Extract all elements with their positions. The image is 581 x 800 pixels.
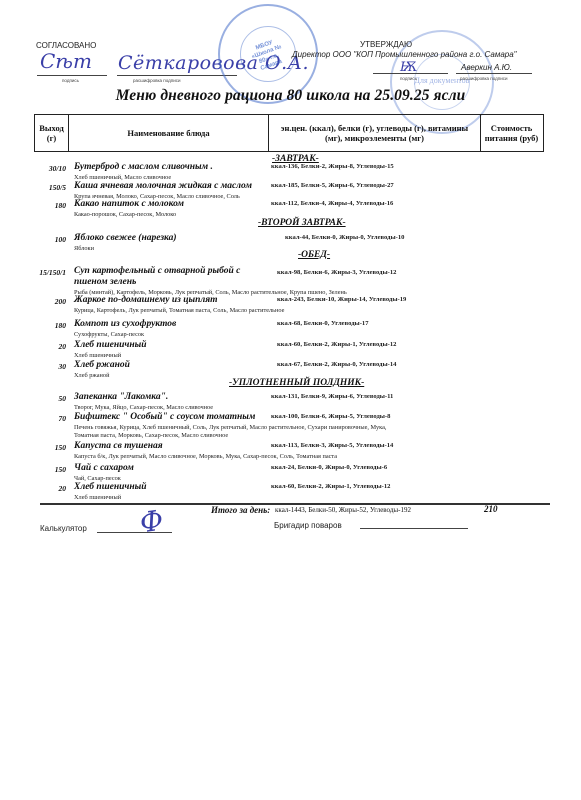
item-nutrition: ккал-131, Белки-9, Жиры-6, Углеводы-11: [271, 393, 393, 400]
item-dish-name: Запеканка "Лакомка".: [74, 392, 168, 402]
item-nutrition: ккал-44, Белки-0, Жиры-0, Углеводы-10: [285, 234, 404, 241]
item-ingredients: Хлеб пшеничный: [74, 494, 121, 501]
item-dish-name: Компот из сухофруктов: [74, 319, 176, 329]
item-weight: 30/10: [34, 164, 66, 173]
total-label: Итого за день:: [211, 505, 270, 515]
item-nutrition: ккал-24, Белки-0, Жиры-0, Углеводы-6: [271, 464, 387, 471]
item-dish-name: Чай с сахаром: [74, 463, 134, 473]
total-nutrition: ккал-1443, Белки-50, Жиры-52, Углеводы-1…: [275, 506, 411, 514]
item-nutrition: ккал-98, Белки-6, Жиры-3, Углеводы-12: [277, 269, 396, 276]
item-dish-name: Жаркое по-домашнему из цыплят: [74, 295, 218, 305]
header-dish-name: Наименование блюда: [69, 115, 269, 151]
left-signature: Сѣт: [40, 49, 92, 73]
item-nutrition: ккал-243, Белки-10, Жиры-14, Углеводы-19: [277, 296, 406, 303]
page-title: Меню дневного рациона 80 школа на 25.09.…: [0, 87, 581, 105]
item-dish-name: Каша ячневая молочная жидкая с маслом: [74, 181, 252, 191]
item-ingredients: Капуста б/к, Лук репчатый, Масло сливочн…: [74, 453, 337, 460]
item-ingredients: Яблоки: [74, 245, 94, 252]
item-ingredients: Хлеб пшеничный: [74, 352, 121, 359]
calculator-label: Калькулятор: [40, 524, 87, 533]
item-dish-name: Суп картофельный с отварной рыбой с: [74, 266, 240, 276]
item-dish-name: Хлеб пшеничный: [74, 482, 147, 492]
item-weight: 180: [34, 321, 66, 330]
left-name-caption: расшифровка подписи: [133, 78, 180, 83]
item-ingredients: Хлеб пшеничный, Масло сливочное: [74, 174, 171, 181]
item-ingredients-line2: Томатная паста, Морковь, Сахар-песок, Ма…: [74, 432, 228, 439]
calculator-signature: Ф: [138, 504, 166, 540]
table-header: Выход (г) Наименование блюда эн.цен. (кк…: [34, 114, 544, 152]
item-nutrition: ккал-68, Белки-0, Углеводы-17: [277, 320, 369, 327]
header-nutrition: эн.цен. (ккал), белки (г), углеводы (г),…: [269, 115, 481, 151]
approval-right-label: УТВЕРЖДАЮ: [360, 40, 412, 49]
item-dish-name: Яблоко свежее (нарезка): [74, 233, 177, 243]
item-nutrition: ккал-185, Белки-5, Жиры-6, Углеводы-27: [271, 182, 394, 189]
section-heading: -ВТОРОЙ ЗАВТРАК-: [258, 218, 346, 228]
item-weight: 150: [34, 443, 66, 452]
item-dish-name: Хлеб ржаной: [74, 360, 130, 370]
item-weight: 100: [34, 235, 66, 244]
section-heading: -УПЛОТНЕННЫЙ ПОЛДНИК-: [229, 378, 364, 388]
left-signature-caption: подпись: [62, 78, 79, 83]
approval-right-name: Аверкин А.Ю.: [461, 63, 512, 72]
item-nutrition: ккал-112, Белки-4, Жиры-4, Углеводы-16: [271, 200, 393, 207]
approval-right-position: Директор ООО "КОП Промышленного района г…: [292, 50, 517, 59]
item-weight: 20: [34, 484, 66, 493]
item-dish-name: Какао напиток с молоком: [74, 199, 184, 209]
item-ingredients: Хлеб ржаной: [74, 372, 109, 379]
item-weight: 180: [34, 201, 66, 210]
total-divider: [40, 503, 550, 505]
item-nutrition: ккал-113, Белки-3, Жиры-5, Углеводы-14: [271, 442, 393, 449]
item-ingredients: Печень говяжья, Курица, Хлеб пшеничный, …: [74, 424, 386, 431]
header-weight: Выход (г): [35, 115, 69, 151]
item-weight: 150/5: [34, 183, 66, 192]
item-weight: 200: [34, 297, 66, 306]
item-dish-name: Бифштекс " Особый" с соусом томатным: [74, 412, 255, 422]
item-weight: 50: [34, 394, 66, 403]
header-cost: Стоимость питания (руб): [481, 115, 542, 151]
item-nutrition: ккал-67, Белки-2, Жиры-0, Углеводы-14: [277, 361, 396, 368]
item-weight: 15/150/1: [34, 268, 66, 277]
item-ingredients: Какао-порошок, Сахар-песок, Молоко: [74, 211, 176, 218]
item-dish-name: Капуста св тушеная: [74, 441, 163, 451]
item-weight: 30: [34, 362, 66, 371]
item-ingredients: Чай, Сахар-песок: [74, 475, 121, 482]
item-nutrition: ккал-100, Белки-6, Жиры-5, Углеводы-8: [271, 413, 390, 420]
chef-label: Бригадир поваров: [274, 521, 342, 530]
item-ingredients: Творог, Мука, Яйцо, Сахар-песок, Масло с…: [74, 404, 213, 411]
item-nutrition: ккал-60, Белки-2, Жиры-1, Углеводы-12: [277, 341, 396, 348]
item-weight: 150: [34, 465, 66, 474]
item-dish-name: Хлеб пшеничный: [74, 340, 147, 350]
item-weight: 70: [34, 414, 66, 423]
right-name-caption: расшифровка подписи: [460, 76, 507, 81]
item-ingredients: Сухофрукты, Сахар-песок: [74, 331, 144, 338]
right-signature-caption: подпись: [400, 76, 417, 81]
item-dish-name: Бутерброд с маслом сливочным .: [74, 162, 213, 172]
item-nutrition: ккал-60, Белки-2, Жиры-1, Углеводы-12: [271, 483, 390, 490]
item-ingredients: Курица, Картофель, Лук репчатый, Томатна…: [74, 307, 284, 314]
total-cost: 210: [484, 504, 498, 514]
item-weight: 20: [34, 342, 66, 351]
item-dish-name-line2: пшеном зелень: [74, 277, 136, 287]
item-nutrition: ккал-136, Белки-2, Жиры-8, Углеводы-15: [271, 163, 394, 170]
section-heading: -ОБЕД-: [298, 250, 330, 260]
